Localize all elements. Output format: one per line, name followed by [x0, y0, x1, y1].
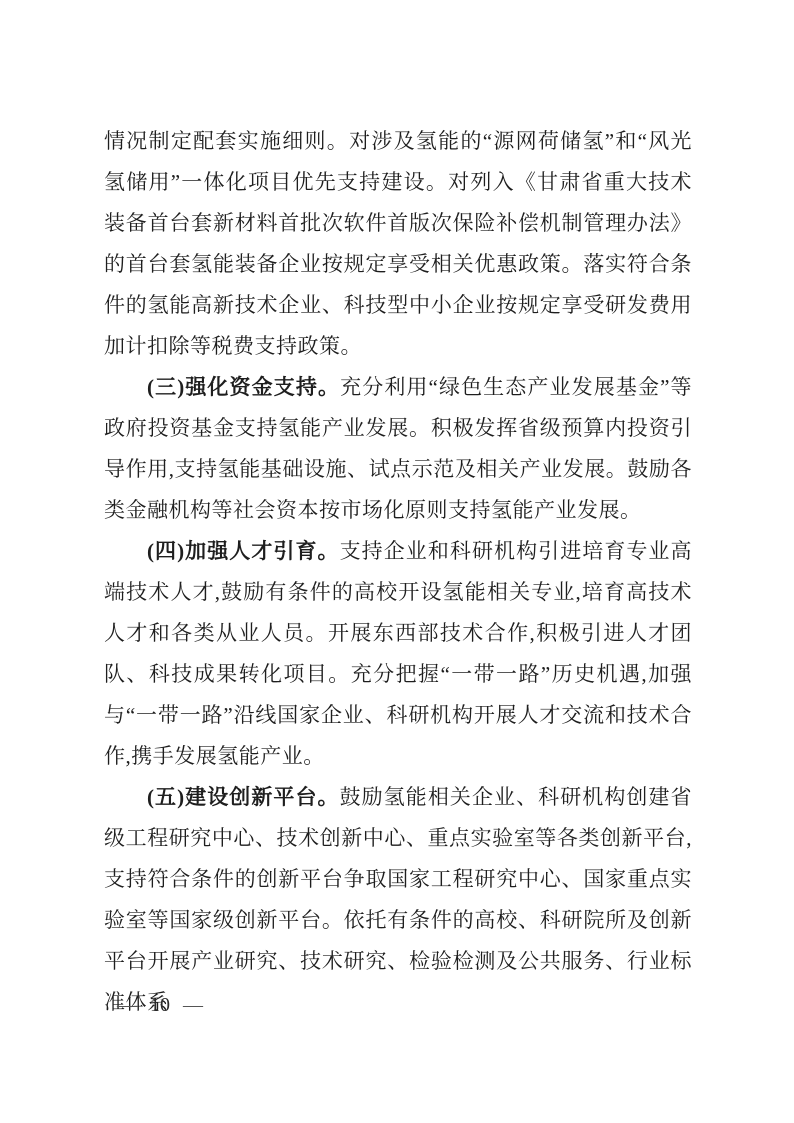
- footer-dash-left: —: [117, 994, 137, 1016]
- paragraph-text: 鼓励氢能相关企业、科研机构创建省级工程研究中心、技术创新中心、重点实验室等各类创…: [104, 785, 692, 1014]
- paragraph-heading: (四)加强人才引育。: [147, 539, 340, 563]
- paragraph-text: 支持企业和科研机构引进培育专业高端技术人才,鼓励有条件的高校开设氢能相关专业,培…: [104, 539, 692, 768]
- paragraph-heading: (三)强化资金支持。: [147, 375, 340, 399]
- footer-dash-right: —: [183, 994, 203, 1016]
- page-footer: —10—: [117, 994, 203, 1017]
- paragraph-section-3: (三)强化资金支持。充分利用“绿色生态产业发展基金”等政府投资基金支持氢能产业发…: [104, 367, 692, 531]
- paragraph-heading: (五)建设创新平台。: [147, 785, 340, 809]
- document-page: 情况制定配套实施细则。对涉及氢能的“源网荷储氢”和“风光氢储用”一体化项目优先支…: [0, 0, 794, 1123]
- document-body: 情况制定配套实施细则。对涉及氢能的“源网荷储氢”和“风光氢储用”一体化项目优先支…: [104, 121, 692, 1023]
- paragraph-section-5: (五)建设创新平台。鼓励氢能相关企业、科研机构创建省级工程研究中心、技术创新中心…: [104, 777, 692, 1023]
- paragraph-section-4: (四)加强人才引育。支持企业和科研机构引进培育专业高端技术人才,鼓励有条件的高校…: [104, 531, 692, 777]
- page-number: 10: [150, 994, 170, 1017]
- paragraph-continuation: 情况制定配套实施细则。对涉及氢能的“源网荷储氢”和“风光氢储用”一体化项目优先支…: [104, 121, 692, 367]
- paragraph-text: 情况制定配套实施细则。对涉及氢能的“源网荷储氢”和“风光氢储用”一体化项目优先支…: [104, 129, 692, 358]
